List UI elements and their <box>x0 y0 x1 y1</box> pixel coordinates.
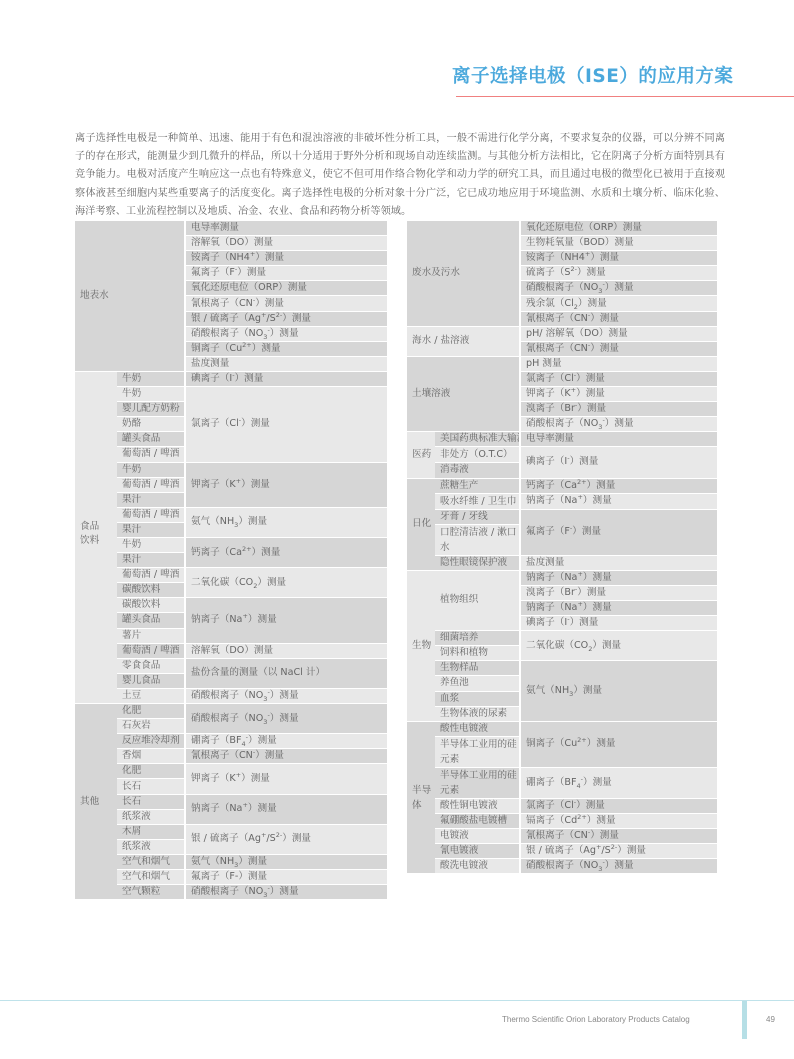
ion-measurement: 硼离子（BF4-）测量 <box>185 734 387 749</box>
ion-measurement: 钠离子（Na+）测量 <box>520 570 717 585</box>
table-row: 氰电镀液银 / 硫离子（Ag+/S2-）测量 <box>407 844 717 859</box>
ion-measurement: 钠离子（Na+）测量 <box>520 600 717 615</box>
table-row: 牙膏 / 牙线氟离子（F-）测量 <box>407 509 717 524</box>
sample-type: 氰电镀液 <box>435 844 520 859</box>
sample-type: 薯片 <box>117 628 185 643</box>
ion-measurement: 氨气（NH3）测量 <box>520 661 717 721</box>
sample-type: 香烟 <box>117 749 185 764</box>
sample-type: 空气和烟气 <box>117 870 185 885</box>
ion-measurement: 铜离子（Cu2+）测量 <box>520 721 717 767</box>
ion-measurement: 碘离子（I-）测量 <box>520 616 717 631</box>
ion-measurement: 氟离子（F-）测量 <box>185 266 387 281</box>
ion-measurement: 铵离子（NH4+）测量 <box>185 251 387 266</box>
table-row: 土豆硝酸根离子（NO3-）测量 <box>75 688 387 703</box>
sample-type: 消毒液 <box>435 463 520 478</box>
ion-measurement: 电导率测量 <box>185 221 387 236</box>
title-underline <box>456 96 794 97</box>
intro-text: 离子选择性电极是一种简单、迅速、能用于有色和混浊溶液的非破坏性分析工具，一般不需… <box>75 130 725 221</box>
sample-type: 口腔清洁液 / 漱口水 <box>435 524 520 555</box>
category-wastewater: 废水及污水 <box>407 221 520 326</box>
ion-measurement: 硝酸根离子（NO3-）测量 <box>520 417 717 432</box>
ion-measurement: 氟离子（F-）测量 <box>520 509 717 555</box>
page-title: 离子选择电极（ISE）的应用方案 <box>452 62 733 88</box>
intro-paragraph: 离子选择性电极是一种简单、迅速、能用于有色和混浊溶液的非破坏性分析工具，一般不需… <box>75 130 725 221</box>
table-row: 反应堆冷却剂硼离子（BF4-）测量 <box>75 734 387 749</box>
table-row: 牛奶钾离子（K+）测量 <box>75 462 387 477</box>
sample-type: 牛奶 <box>117 371 185 386</box>
ion-measurement: 氯离子（Cl-）测量 <box>520 371 717 386</box>
ion-measurement: 氰根离子（CN-）测量 <box>520 341 717 356</box>
ion-measurement: 氰根离子（CN-）测量 <box>185 749 387 764</box>
ion-measurement: 溴离子（Br-）测量 <box>520 402 717 417</box>
ion-measurement: 银 / 硫离子（Ag+/S2-）测量 <box>185 824 387 854</box>
table-row: 半导体工业用的硅元素硼离子（BF4-）测量 <box>407 767 717 798</box>
sample-type: 反应堆冷却剂 <box>117 734 185 749</box>
sample-type: 氟硼酸盐电镀槽 <box>435 813 520 828</box>
category-medicine: 医药 <box>407 432 435 478</box>
sample-type: 化肥 <box>117 764 185 779</box>
sample-type: 婴儿配方奶粉 <box>117 402 185 417</box>
table-row: 酸洗电镀液硝酸根离子（NO3-）测量 <box>407 859 717 874</box>
sample-type: 隐性眼镜保护液 <box>435 555 520 570</box>
sample-type: 养鱼池 <box>435 676 520 691</box>
sample-type: 罐头食品 <box>117 613 185 628</box>
sample-type: 牛奶 <box>117 387 185 402</box>
sample-type: 碳酸饮料 <box>117 583 185 598</box>
table-row: 葡萄酒 / 啤酒溶解氧（DO）测量 <box>75 643 387 658</box>
table-row: 电镀液氰根离子（CN-）测量 <box>407 829 717 844</box>
left-application-table: 地表水电导率测量溶解氧（DO）测量铵离子（NH4+）测量氟离子（F-）测量氧化还… <box>75 221 387 900</box>
table-row: 化肥钾离子（K+）测量 <box>75 764 387 779</box>
table-row: 长石钠离子（Na+）测量 <box>75 794 387 809</box>
ion-measurement: 氯离子（Cl-）测量 <box>185 387 387 462</box>
sample-type: 生物体液的尿素 <box>435 706 520 721</box>
sample-type: 生物样品 <box>435 661 520 676</box>
table-row: 牛奶氯离子（Cl-）测量 <box>75 387 387 402</box>
table-row: 日化蔗糖生产钙离子（Ca2+）测量 <box>407 478 717 493</box>
sample-type: 非处方（O.T.C） <box>435 447 520 463</box>
sample-type: 土豆 <box>117 688 185 703</box>
table-row: 吸水纤维 / 卫生巾钠离子（Na+）测量 <box>407 493 717 509</box>
table-row: 木屑银 / 硫离子（Ag+/S2-）测量 <box>75 824 387 839</box>
table-row: 空气颗粒硝酸根离子（NO3-）测量 <box>75 885 387 900</box>
right-application-table: 废水及污水氧化还原电位（ORP）测量生物耗氧量（BOD）测量铵离子（NH4+）测… <box>407 221 717 874</box>
page-number: 49 <box>766 1015 775 1024</box>
table-row: 葡萄酒 / 啤酒二氧化碳（CO2）测量 <box>75 568 387 583</box>
sample-type: 纸浆液 <box>117 839 185 854</box>
footer-catalog-title: Thermo Scientific Orion Laboratory Produ… <box>502 1015 690 1024</box>
ion-measurement: 钾离子（K+）测量 <box>185 764 387 794</box>
ion-measurement: 硼离子（BF4-）测量 <box>520 767 717 798</box>
ion-measurement: 碘离子（I-）测量 <box>185 371 387 386</box>
ion-measurement: 电导率测量 <box>520 432 717 447</box>
sample-type: 奶酪 <box>117 417 185 432</box>
category-daily-chemicals: 日化 <box>407 478 435 570</box>
ion-measurement: 盐度测量 <box>520 555 717 570</box>
ion-measurement: 硝酸根离子（NO3-）测量 <box>185 704 387 734</box>
sample-type: 葡萄酒 / 啤酒 <box>117 568 185 583</box>
sample-type: 罐头食品 <box>117 432 185 447</box>
ion-measurement: 硝酸根离子（NO3-）测量 <box>520 859 717 874</box>
sample-type: 葡萄酒 / 啤酒 <box>117 507 185 522</box>
table-row: 废水及污水氧化还原电位（ORP）测量 <box>407 221 717 236</box>
sample-type: 空气颗粒 <box>117 885 185 900</box>
ion-measurement: 钙离子（Ca2+）测量 <box>520 478 717 493</box>
category-food-beverage: 食品饮料 <box>75 371 117 703</box>
sample-type: 细菌培养 <box>435 631 520 646</box>
ion-measurement: 钾离子（K+）测量 <box>185 462 387 507</box>
ion-measurement: 二氧化碳（CO2）测量 <box>185 568 387 598</box>
ion-measurement: 氰根离子（CN-）测量 <box>520 829 717 844</box>
table-row: 隐性眼镜保护液盐度测量 <box>407 555 717 570</box>
ion-measurement: 盐份含量的测量（以 NaCl 计） <box>185 658 387 688</box>
ion-measurement: 钠离子（Na+）测量 <box>185 598 387 643</box>
ion-measurement: 钾离子（K+）测量 <box>520 387 717 402</box>
sample-type: 葡萄酒 / 啤酒 <box>117 447 185 462</box>
ion-measurement: pH 测量 <box>520 356 717 371</box>
sample-type: 电镀液 <box>435 829 520 844</box>
ion-measurement: 氨气（NH3）测量 <box>185 854 387 869</box>
sample-type: 纸浆液 <box>117 809 185 824</box>
sample-type: 石灰岩 <box>117 719 185 734</box>
sample-type: 木屑 <box>117 824 185 839</box>
ion-measurement: 银 / 硫离子（Ag+/S2-）测量 <box>185 311 387 326</box>
ion-measurement: 钙离子（Ca2+）测量 <box>185 537 387 567</box>
table-row: 海水 / 盐溶液pH/ 溶解氧（DO）测量 <box>407 326 717 341</box>
category-soil: 土壤溶液 <box>407 356 520 431</box>
sample-type: 零食食品 <box>117 658 185 673</box>
ion-measurement: 溴离子（Br-）测量 <box>520 585 717 600</box>
ion-measurement: 氧化还原电位（ORP）测量 <box>185 281 387 296</box>
sample-type: 牛奶 <box>117 537 185 552</box>
sample-type: 葡萄酒 / 啤酒 <box>117 643 185 658</box>
sample-type: 牛奶 <box>117 462 185 477</box>
table-row: 其他化肥硝酸根离子（NO3-）测量 <box>75 704 387 719</box>
sample-type: 牙膏 / 牙线 <box>435 509 520 524</box>
ion-measurement: 氨气（NH3）测量 <box>185 507 387 537</box>
ion-measurement: 溶解氧（DO）测量 <box>185 236 387 251</box>
sample-type: 长石 <box>117 779 185 794</box>
ion-measurement: 氯离子（Cl-）测量 <box>520 798 717 813</box>
sample-type: 半导体工业用的硅元素 <box>435 736 520 767</box>
sample-type: 美国药典标准大输液 <box>435 432 520 447</box>
table-row: 碳酸饮料钠离子（Na+）测量 <box>75 598 387 613</box>
ion-measurement: 氰根离子（CN-）测量 <box>185 296 387 311</box>
footer-divider <box>0 1000 794 1001</box>
ion-measurement: 钠离子（Na+）测量 <box>185 794 387 824</box>
sample-type: 果汁 <box>117 522 185 537</box>
sample-type: 酸性电镀液 <box>435 721 520 736</box>
ion-measurement: 残余氯（Cl2）测量 <box>520 296 717 311</box>
ion-measurement: 硝酸根离子（NO3-）测量 <box>185 885 387 900</box>
table-row: 空气和烟气氟离子（F-）测量 <box>75 870 387 885</box>
sample-type: 果汁 <box>117 492 185 507</box>
category-biology: 生物 <box>407 570 435 721</box>
sample-type: 酸洗电镀液 <box>435 859 520 874</box>
table-row: 生物植物组织钠离子（Na+）测量 <box>407 570 717 585</box>
ion-measurement: 镉离子（Cd2+）测量 <box>520 813 717 828</box>
sample-type: 果汁 <box>117 553 185 568</box>
ion-measurement: 铵离子（NH4+）测量 <box>520 251 717 266</box>
ion-measurement: 生物耗氧量（BOD）测量 <box>520 236 717 251</box>
ion-measurement: 二氧化碳（CO2）测量 <box>520 631 717 661</box>
sample-type: 植物组织 <box>435 570 520 630</box>
sample-type: 空气和烟气 <box>117 854 185 869</box>
ion-measurement: 氟离子（F-）测量 <box>185 870 387 885</box>
sample-type: 婴儿食品 <box>117 673 185 688</box>
ion-measurement: 盐度测量 <box>185 356 387 371</box>
footer-accent-bar <box>742 1001 747 1039</box>
table-row: 酸性铜电镀液氯离子（Cl-）测量 <box>407 798 717 813</box>
table-row: 半导体酸性电镀液铜离子（Cu2+）测量 <box>407 721 717 736</box>
ion-measurement: 氰根离子（CN-）测量 <box>520 311 717 326</box>
ion-measurement: 铜离子（Cu2+）测量 <box>185 341 387 356</box>
sample-type: 半导体工业用的硅元素 <box>435 767 520 798</box>
sample-type: 酸性铜电镀液 <box>435 798 520 813</box>
category-surface-water: 地表水 <box>75 221 185 371</box>
table-row: 食品饮料牛奶碘离子（I-）测量 <box>75 371 387 386</box>
table-row: 香烟氰根离子（CN-）测量 <box>75 749 387 764</box>
ion-measurement: 碘离子（I-）测量 <box>520 447 717 478</box>
ion-measurement: 溶解氧（DO）测量 <box>185 643 387 658</box>
ion-measurement: pH/ 溶解氧（DO）测量 <box>520 326 717 341</box>
sample-type: 血浆 <box>435 691 520 706</box>
sample-type: 吸水纤维 / 卫生巾 <box>435 493 520 509</box>
table-row: 葡萄酒 / 啤酒氨气（NH3）测量 <box>75 507 387 522</box>
table-row: 零食食品盐份含量的测量（以 NaCl 计） <box>75 658 387 673</box>
sample-type: 长石 <box>117 794 185 809</box>
sample-type: 化肥 <box>117 704 185 719</box>
table-row: 细菌培养二氧化碳（CO2）测量 <box>407 631 717 646</box>
ion-measurement: 氧化还原电位（ORP）测量 <box>520 221 717 236</box>
sample-type: 碳酸饮料 <box>117 598 185 613</box>
ion-measurement: 硝酸根离子（NO3-）测量 <box>185 688 387 703</box>
table-row: 牛奶钙离子（Ca2+）测量 <box>75 537 387 552</box>
ion-measurement: 硝酸根离子（NO3-）测量 <box>520 281 717 296</box>
sample-type: 蔗糖生产 <box>435 478 520 493</box>
category-semiconductor: 半导体 <box>407 721 435 874</box>
sample-type: 饲料和植物 <box>435 646 520 661</box>
table-row: 非处方（O.T.C）碘离子（I-）测量 <box>407 447 717 463</box>
category-seawater: 海水 / 盐溶液 <box>407 326 520 356</box>
ion-measurement: 硝酸根离子（NO3-）测量 <box>185 326 387 341</box>
category-other: 其他 <box>75 704 117 900</box>
table-row: 土壤溶液pH 测量 <box>407 356 717 371</box>
ion-measurement: 银 / 硫离子（Ag+/S2-）测量 <box>520 844 717 859</box>
table-row: 空气和烟气氨气（NH3）测量 <box>75 854 387 869</box>
table-row: 地表水电导率测量 <box>75 221 387 236</box>
ion-measurement: 钠离子（Na+）测量 <box>520 493 717 509</box>
ion-measurement: 硫离子（S2-）测量 <box>520 266 717 281</box>
table-row: 医药美国药典标准大输液电导率测量 <box>407 432 717 447</box>
table-row: 氟硼酸盐电镀槽镉离子（Cd2+）测量 <box>407 813 717 828</box>
table-row: 生物样品氨气（NH3）测量 <box>407 661 717 676</box>
sample-type: 葡萄酒 / 啤酒 <box>117 477 185 492</box>
